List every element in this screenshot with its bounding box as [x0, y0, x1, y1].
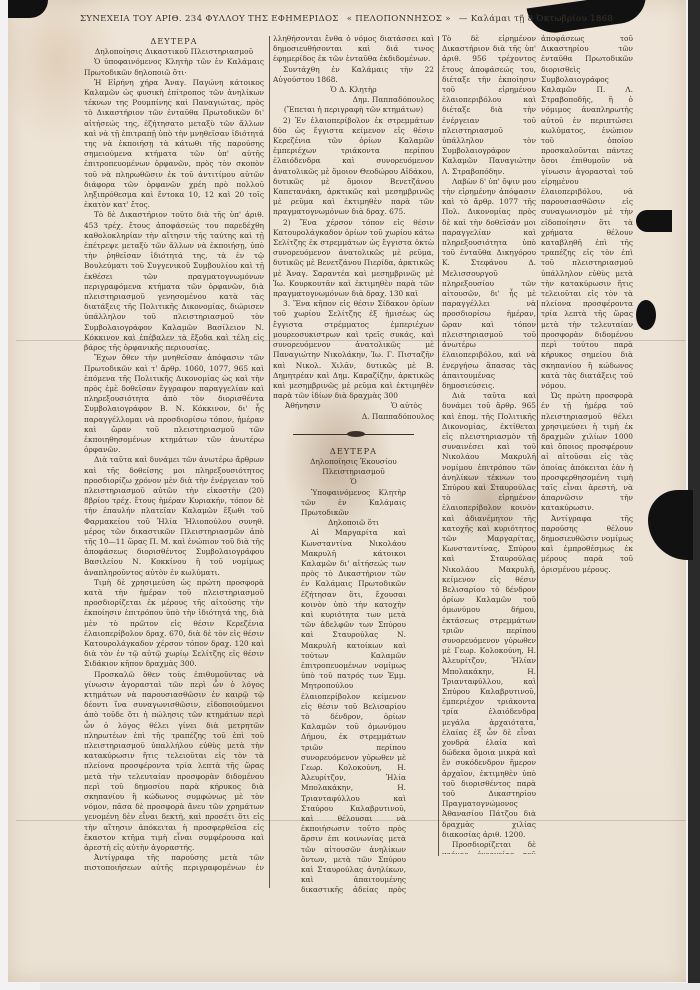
page-header: ΣΥΝΕΧΕΙΑ ΤΟΥ ΑΡΙΘ. 234 ΦΥΛΛΟΥ ΤΗΣ ΕΦΗΜΕΡ… [80, 8, 680, 30]
closing-right: Ὁ αὐτὸς [391, 401, 422, 411]
column-1: ΔΕΥΤΕΡΑ Δηλοποίησις Δικαστικοῦ Πλειστηρι… [84, 34, 264, 874]
property-item: 2) Ἕνα χέρσον τόπον εἰς θέσιν Κατουρολάγ… [273, 218, 434, 300]
paragraph: Τὸ δὲ εἰρημένον Δικαστήριον διὰ τῆς ὑπ' … [442, 34, 536, 177]
header-dateline: — Καλάμαι τῇ 8 Ὀκτωβρίου 1868 [459, 14, 613, 24]
paragraph: Προσκαλῶ ὅθεν τοὺς ἐπιθυμοῦντας νὰ γίνωσ… [84, 670, 264, 854]
scan-border-bottom [40, 983, 700, 990]
article-title: ΔΕΥΤΕΡΑ [84, 36, 264, 46]
column-3: Τὸ δὲ εἰρημένον Δικαστήριον διὰ τῆς ὑπ' … [442, 34, 536, 854]
paragraph: Ἀντίγραφα τῆς παρούσης θέλουν δημοσιευθῶ… [541, 514, 633, 574]
torn-edge [648, 490, 693, 560]
closing-line: Ἀθήνησιν Ὁ αὐτὸς [273, 401, 434, 411]
paragraph: Αἱ Μαργαρίτα καὶ Κωνσταντίνα Νικολάου Μα… [301, 528, 406, 894]
column-4: ἀποφάσεως τοῦ Δικαστηρίου τῶν ἐνταῦθα Πρ… [541, 34, 633, 574]
article-subtitle: Δηλοποίησις Ἑκουσίου [301, 457, 406, 467]
paragraph: Ὑποφαινόμενος Κλητὴρ τῶν ἐν Καλάμαις Πρω… [301, 488, 406, 519]
torn-corner [8, 0, 48, 18]
description-heading: (Ἕπεται ἡ περιγραφὴ τῶν κτημάτων) [273, 105, 434, 115]
paragraph: Προσδιορίζεται δὲ χρόνος ἐνεργείας τοῦ π… [442, 840, 536, 854]
property-item: 3. Ἕνα κῆπον εἰς θέσιν Σίδακον ὁρίων τοῦ… [273, 299, 434, 401]
ornamental-divider [293, 430, 414, 438]
column-rule [269, 36, 270, 888]
closing-name: Δ. Παππαδόπουλος [273, 412, 434, 422]
article-o: Ὁ [301, 477, 406, 487]
paragraph: Τὸ δὲ Δικαστήριον τοῦτο διὰ τῆς ὑπ' ἀριθ… [84, 210, 264, 353]
paragraph: Ἡ Εἰρήνη χήρα Ἀναγ. Παγώνη κάτοικος Καλα… [84, 78, 264, 211]
second-notice: ΔΕΥΤΕΡΑ Δηλοποίησις Ἑκουσίου Πλειστηριασ… [273, 446, 434, 894]
column-rule [537, 300, 538, 720]
paragraph: λληθήσονται ἔνθα ὁ νόμος διατάσσει καὶ δ… [273, 34, 434, 65]
torn-edge [636, 210, 672, 232]
article-title: ΔΕΥΤΕΡΑ [301, 446, 406, 456]
header-supplement: ΣΥΝΕΧΕΙΑ ΤΟΥ ΑΡΙΘ. 234 ΦΥΛΛΟΥ ΤΗΣ ΕΦΗΜΕΡ… [80, 14, 339, 24]
signed-date: Συντάχθη ἐν Καλάμαις τὴν 22 Αὐγούστου 18… [273, 65, 434, 85]
header-newspaper: « ΠΕΛΟΠΟΝΝΗΣΟΣ » [347, 14, 451, 24]
ink-blot [636, 300, 656, 330]
paragraph: ἀποφάσεως τοῦ Δικαστηρίου τῶν ἐνταῦθα Πρ… [541, 34, 633, 391]
paragraph: Διὰ ταῦτα καὶ δυνάμει τῶν ἀνωτέρω ἄρθρων… [84, 455, 264, 577]
paragraph: Ὡς πρώτη προσφορὰ ἐν τῇ ἡμέρᾳ τοῦ πλειστ… [541, 391, 633, 513]
paragraph: Διὰ ταῦτα καὶ δυνάμει τοῦ ἄρθρ. 965 καὶ … [442, 391, 536, 840]
paragraph: Ἔχων ὅθεν τὴν μνηθεῖσαν ἀπόφασιν τῶν Πρω… [84, 353, 264, 455]
property-item: 2) Ἐν ἐλαιοπερίβολον ἐκ στρεμμάτων δύο ὡ… [273, 116, 434, 218]
paragraph: Τιμὴ δὲ χρησιμεύση ὡς πρώτη προσφορὰ κατ… [84, 578, 264, 670]
closing-left: Ἀθήνησιν [285, 401, 321, 411]
clerk-name: Δημ. Παππαδόπουλος [273, 95, 434, 105]
paragraph: Ἀντίγραφα τῆς παρούσης μετὰ τῶν πιστοποι… [84, 853, 264, 874]
column-2: λληθήσονται ἔνθα ὁ νόμος διατάσσει καὶ δ… [273, 34, 434, 894]
clerk-title: Ὁ Δ. Κλητὴρ [273, 85, 434, 95]
article-subtitle: Πλειστηριασμοῦ [301, 467, 406, 477]
column-rule [438, 36, 439, 856]
declares: Δηλοποιῶ ὅτι [301, 518, 406, 528]
paragraph: Ὁ ὑποφαινόμενος Κλητὴρ τῶν ἐν Καλάμαις Π… [84, 57, 264, 77]
article-subtitle: Δηλοποίησις Δικαστικοῦ Πλειστηριασμοῦ [84, 47, 264, 57]
paragraph: Λαβὼν δ' ὑπ' ὄψιν μου τὴν εἰρημένην ἀπόφ… [442, 177, 536, 391]
